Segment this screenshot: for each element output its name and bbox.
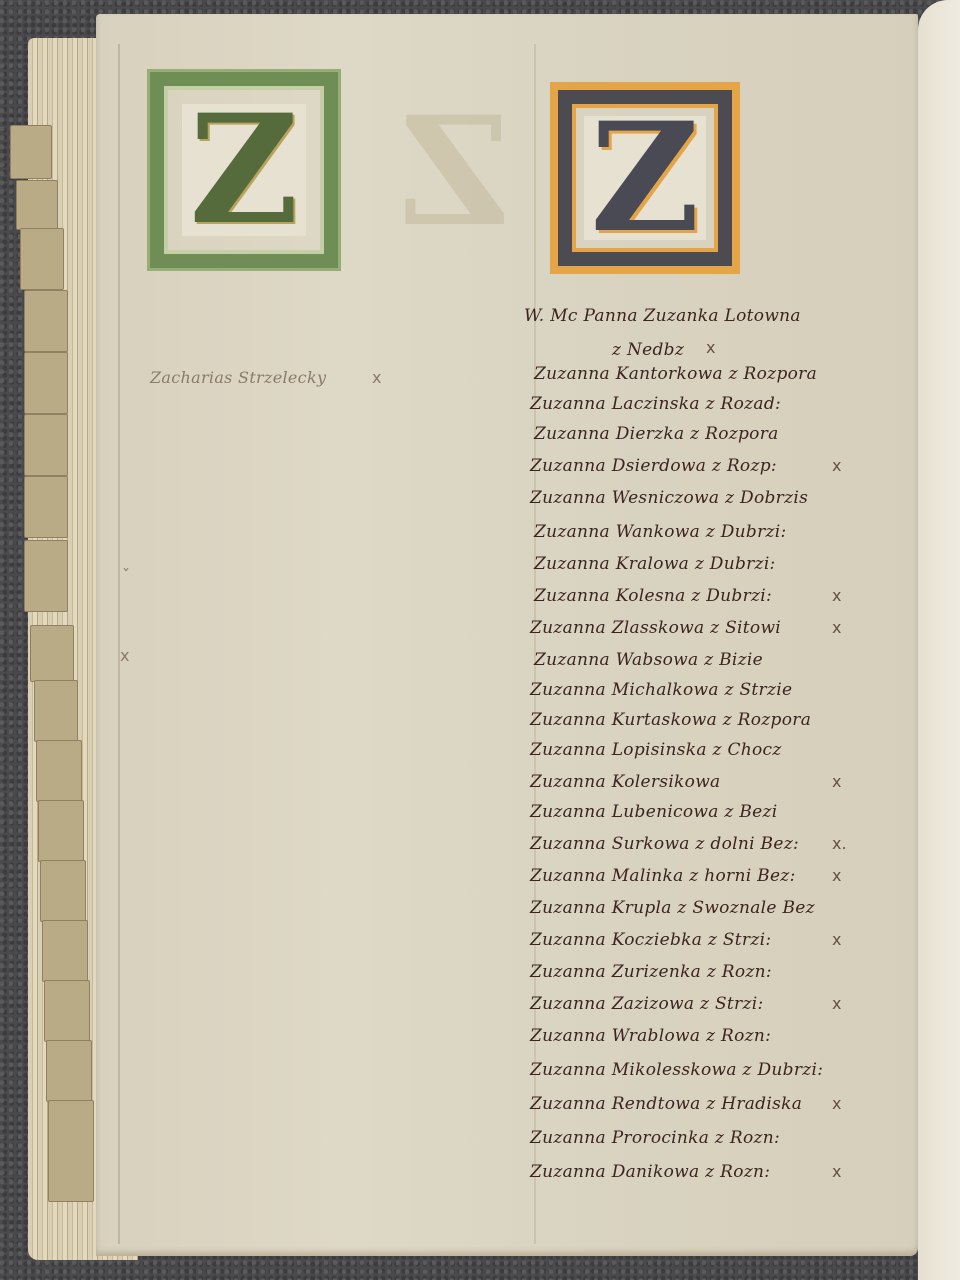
register-entry: Zuzanna Krupla z Swoznale Bez — [530, 898, 815, 918]
index-tab — [24, 290, 68, 352]
margin-mark: x — [120, 646, 129, 665]
register-entry: Zuzanna Zlasskowa z Sitowi — [530, 618, 781, 638]
register-entry: Zuzanna Laczinska z Rozad: — [530, 394, 781, 414]
index-tab — [46, 1040, 92, 1102]
register-entry: Zuzanna Kurtaskowa z Rozpora — [530, 710, 811, 730]
index-tab — [34, 680, 78, 742]
register-entry: Zuzanna Zazizowa z Strzi: — [530, 994, 764, 1014]
index-tab — [38, 800, 84, 862]
margin-mark: ˇ — [122, 566, 130, 585]
index-tab — [40, 860, 86, 922]
check-mark: x. — [832, 834, 847, 853]
check-mark: x — [832, 994, 841, 1013]
index-tab — [16, 180, 58, 230]
register-entry: Zuzanna Wesniczowa z Dobrzis — [530, 488, 808, 508]
register-entry: Zuzanna Kralowa z Dubrzi: — [534, 554, 776, 574]
index-tab — [42, 920, 88, 982]
check-mark: x — [706, 338, 715, 357]
register-entry: Zuzanna Kocziebka z Strzi: — [530, 930, 771, 950]
register-entry: Zuzanna Malinka z horni Bez: — [530, 866, 796, 886]
facing-page-edge — [918, 0, 960, 1280]
check-mark: x — [832, 866, 841, 885]
index-tab — [20, 228, 64, 290]
register-entry: Zuzanna Prorocinka z Rozn: — [530, 1128, 780, 1148]
index-tab — [24, 540, 68, 612]
check-mark: x — [832, 618, 841, 637]
ruled-margin-line — [118, 44, 120, 1244]
index-tab — [30, 625, 74, 682]
register-entry: Zuzanna Kolesna z Dubrzi: — [534, 586, 772, 606]
check-mark: x — [832, 586, 841, 605]
check-mark: x — [832, 772, 841, 791]
header-entry-line1: W. Mc Panna Zuzanka Lotowna — [524, 306, 801, 326]
check-mark: x — [372, 368, 381, 387]
register-entry: Zuzanna Danikowa z Rozn: — [530, 1162, 770, 1182]
register-entry: Zuzanna Kantorkowa z Rozpora — [534, 364, 817, 384]
index-tab — [24, 414, 68, 476]
check-mark: x — [832, 930, 841, 949]
index-tab — [36, 740, 82, 802]
index-tab — [44, 980, 90, 1042]
register-entry: Zuzanna Rendtowa z Hradiska — [530, 1094, 802, 1114]
register-entry: Zuzanna Mikolesskowa z Dubrzi: — [530, 1060, 823, 1080]
index-tab — [48, 1100, 94, 1202]
register-entry: Zuzanna Wrablowa z Rozn: — [530, 1026, 771, 1046]
register-entry: Zuzanna Wankowa z Dubrzi: — [534, 522, 787, 542]
register-entry: Zuzanna Wabsowa z Bizie — [534, 650, 763, 670]
register-entry: Zuzanna Lubenicowa z Bezi — [530, 802, 778, 822]
check-mark: x — [832, 1162, 841, 1181]
index-tab — [24, 476, 68, 538]
index-tab — [24, 352, 68, 414]
bleed-through-initial: Z — [400, 84, 510, 260]
check-mark: x — [832, 456, 841, 475]
illuminated-initial-green: Z — [150, 72, 338, 268]
register-entry: Zuzanna Lopisinska z Chocz — [530, 740, 782, 760]
register-entry: Zuzanna Kolersikowa — [530, 772, 720, 792]
register-entry: Zuzanna Michalkowa z Strzie — [530, 680, 792, 700]
index-tab — [10, 125, 52, 179]
register-entry: Zuzanna Dsierdowa z Rozp: — [530, 456, 777, 476]
register-entry: Zuzanna Surkowa z dolni Bez: — [530, 834, 799, 854]
register-entry: Zuzanna Dierzka z Rozpora — [534, 424, 779, 444]
header-entry-line2: z Nedbz — [612, 340, 684, 360]
left-entry: Zacharias Strzelecky — [150, 368, 326, 387]
check-mark: x — [832, 1094, 841, 1113]
register-entry: Zuzanna Zurizenka z Rozn: — [530, 962, 772, 982]
illuminated-initial-orange: Z — [550, 82, 740, 274]
